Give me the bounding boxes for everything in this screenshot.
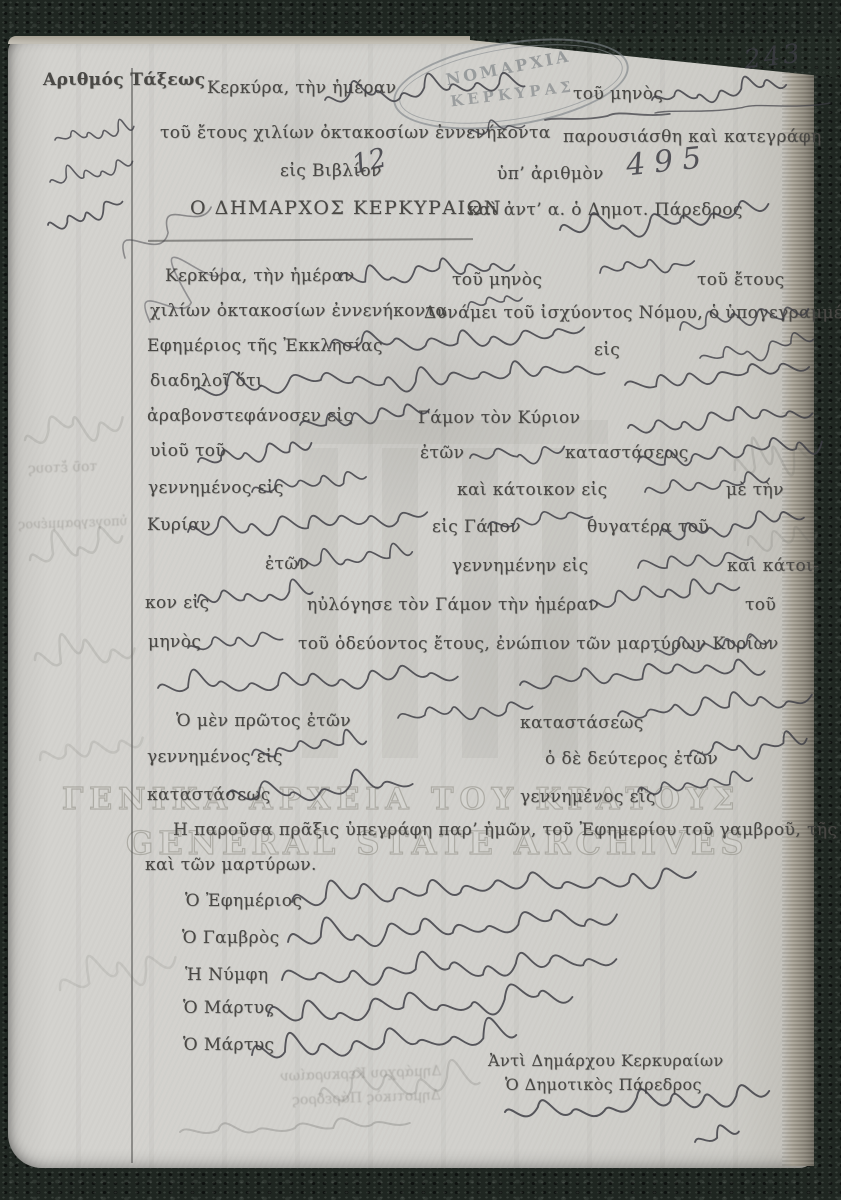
handwriting-stroke [339,252,515,288]
handwriting-stroke [53,934,180,1005]
scanned-document: ΓΕΝΙΚΑ ΑΡΧΕΙΑ ΤΟΥ ΚΡΑΤΟΥΣ GENERAL STATE … [0,0,841,1200]
handwriting-stroke [329,316,585,357]
handwriting-stroke [250,727,366,759]
handwriting-stroke [469,442,565,471]
handwriting-stroke [469,117,525,135]
handwriting-stroke [38,729,144,768]
handwriting-stroke [180,1116,410,1135]
handwriting-stroke [297,540,413,569]
handwriting-stroke [651,72,788,108]
handwriting-stroke [599,255,695,279]
handwriting-stroke [323,65,524,107]
handwriting-stroke [118,195,214,262]
handwriting-stroke [157,656,458,699]
handwriting-stroke [487,507,593,529]
handwriting-stroke [194,352,605,402]
handwriting-stroke [688,729,808,768]
handwriting-stroke [729,426,817,487]
handwriting-stroke [250,1013,516,1064]
handwriting-stroke [698,330,815,369]
handwriting-stroke [127,238,229,330]
handwriting-stroke [299,402,430,431]
handwriting-stroke [197,577,313,608]
handwriting-stroke [318,1058,480,1103]
handwriting-stroke [589,575,740,608]
handwriting-stroke [31,622,136,674]
handwriting-stroke [617,685,813,721]
handwriting-stroke [291,855,697,913]
handwriting-stroke [746,523,818,553]
handwriting-stroke [25,517,124,566]
handwriting-stroke [519,656,765,692]
handwriting-stroke [654,629,770,656]
handwriting-stroke [693,1122,740,1144]
handwriting-layer [0,0,841,1200]
handwriting-stroke [227,766,413,806]
handwriting-stroke [286,897,617,952]
handwriting-stroke [637,548,753,574]
handwriting-stroke [251,470,367,495]
handwriting-stroke [47,152,134,188]
handwriting-stroke [545,111,670,121]
handwriting-stroke [267,980,573,1030]
handwriting-stroke [637,770,753,796]
handwriting-stroke [187,502,428,541]
handwriting-stroke [397,698,533,725]
handwriting-stroke [627,400,813,436]
handwriting-stroke [187,630,283,653]
handwriting-stroke [281,942,617,990]
handwriting-stroke [53,117,135,146]
handwriting-stroke [197,438,313,471]
handwriting-stroke [678,298,809,335]
handwriting-stroke [624,358,810,393]
handwriting-stroke [504,1080,770,1122]
handwriting-stroke [655,102,830,114]
handwriting-stroke [46,198,125,233]
handwriting-stroke [467,293,523,308]
handwriting-stroke [22,405,126,453]
handwriting-stroke [559,195,771,245]
